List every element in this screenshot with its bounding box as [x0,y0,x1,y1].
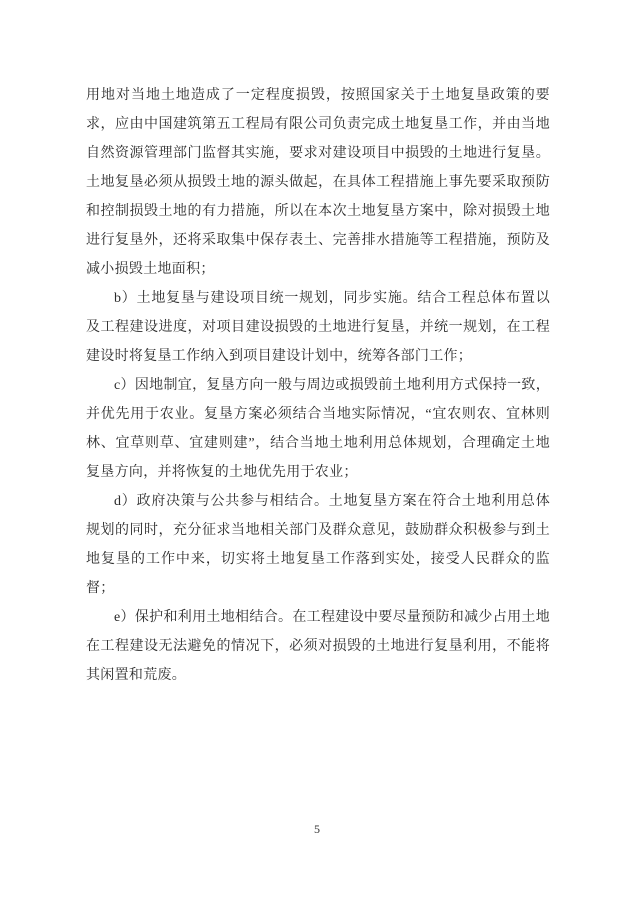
document-body: 用地对当地土地造成了一定程度损毁，按照国家关于土地复垦政策的要求，应由中国建筑第… [86,81,550,690]
paragraph-item-d: d）政府决策与公共参与相结合。土地复垦方案在符合土地利用总体规划的同时，充分征求… [86,487,550,603]
document-page: 用地对当地土地造成了一定程度损毁，按照国家关于土地复垦政策的要求，应由中国建筑第… [0,0,634,897]
paragraph-item-c: c）因地制宜，复垦方向一般与周边或损毁前土地利用方式保持一致，并优先用于农业。复… [86,371,550,487]
paragraph-item-b: b）土地复垦与建设项目统一规划，同步实施。结合工程总体布置以及工程建设进度，对项… [86,284,550,371]
page-footer: 5 [0,820,634,838]
paragraph-item-e: e）保护和利用土地相结合。在工程建设中要尽量预防和减少占用土地在工程建设无法避免… [86,603,550,690]
page-number: 5 [314,822,320,836]
paragraph-continuation: 用地对当地土地造成了一定程度损毁，按照国家关于土地复垦政策的要求，应由中国建筑第… [86,81,550,284]
